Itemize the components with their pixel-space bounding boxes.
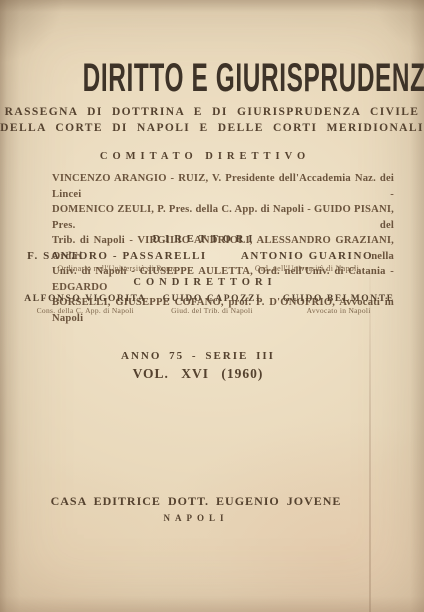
- comitato-line: VINCENZO ARANGIO - RUIZ, V. Presidente d…: [52, 171, 394, 202]
- director-role: Ordinario nell'Università di Roma: [22, 264, 212, 273]
- journal-title: DIRITTO E GIURISPRUDENZA: [83, 56, 342, 101]
- co-director-role: Avvocato in Napoli: [275, 306, 402, 315]
- publisher-info: CASA EDITRICE DOTT. EUGENIO JOVENE NAPOL…: [0, 494, 392, 523]
- subtitle-line-2: DELLA CORTE DI NAPOLI E DELLE CORTI MERI…: [0, 120, 424, 136]
- co-director: GUIDO BELMONTE Avvocato in Napoli: [275, 294, 402, 315]
- journal-subtitle: RASSEGNA DI DOTTRINA E DI GIURISPRUDENZA…: [0, 104, 424, 136]
- director-name: ANTONIO GUARINO: [212, 250, 402, 262]
- journal-cover: DIRITTO E GIURISPRUDENZA RASSEGNA DI DOT…: [0, 0, 424, 612]
- director: F. SANTORO - PASSARELLI Ordinario nell'U…: [22, 250, 212, 273]
- anno-serie: ANNO 75 - SERIE III: [0, 350, 396, 362]
- director-role: Ord. nell'Università di Napoli: [212, 264, 402, 273]
- publisher-city: NAPOLI: [0, 513, 392, 523]
- co-director-name: GUIDO CAPOZZI: [149, 294, 276, 304]
- condirettori-heading: CONDIRETTORI: [0, 277, 410, 288]
- director: ANTONIO GUARINO Ord. nell'Università di …: [212, 250, 402, 273]
- co-director: GUIDO CAPOZZI Giud. del Trib. di Napoli: [149, 294, 276, 315]
- publisher-name: CASA EDITRICE DOTT. EUGENIO JOVENE: [0, 494, 392, 509]
- comitato-heading: COMITATO DIRETTIVO: [0, 151, 410, 162]
- condirettori-row: ALFONSO VIGORITA Cons. della C. App. di …: [22, 294, 402, 315]
- co-director-role: Cons. della C. App. di Napoli: [22, 306, 149, 315]
- direttori-heading: DIRETTORI: [0, 234, 410, 245]
- edition-info: ANNO 75 - SERIE III VOL. XVI (1960): [0, 350, 396, 382]
- volume-year: VOL. XVI (1960): [0, 366, 396, 382]
- co-director-name: ALFONSO VIGORITA: [22, 294, 149, 304]
- direttori-row: F. SANTORO - PASSARELLI Ordinario nell'U…: [22, 250, 402, 273]
- director-name: F. SANTORO - PASSARELLI: [22, 250, 212, 262]
- co-director-name: GUIDO BELMONTE: [275, 294, 402, 304]
- comitato-line: DOMENICO ZEULI, P. Pres. della C. App. d…: [52, 202, 394, 233]
- co-director: ALFONSO VIGORITA Cons. della C. App. di …: [22, 294, 149, 315]
- co-director-role: Giud. del Trib. di Napoli: [149, 306, 276, 315]
- subtitle-line-1: RASSEGNA DI DOTTRINA E DI GIURISPRUDENZA…: [0, 104, 424, 120]
